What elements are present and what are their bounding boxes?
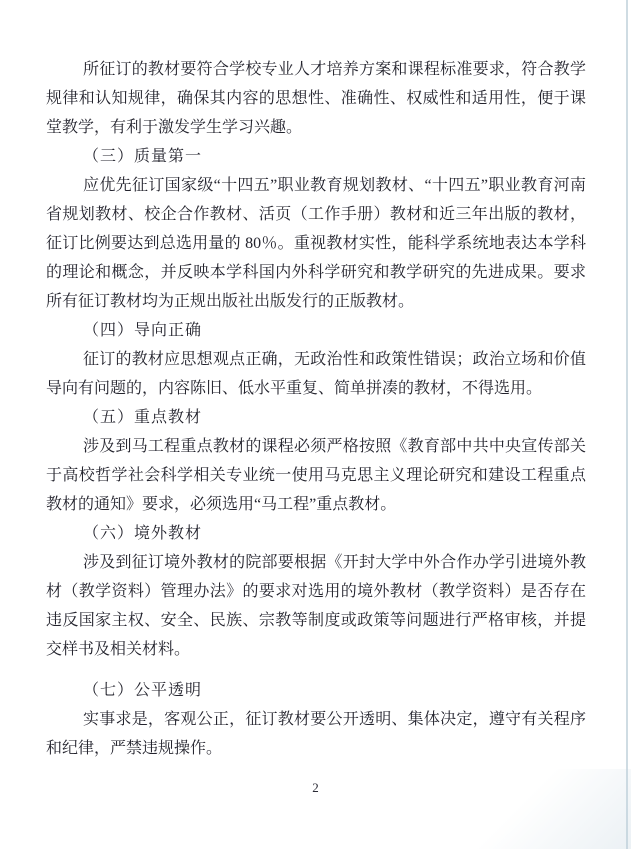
section-heading-overseas: （六）境外教材 xyxy=(46,519,586,548)
paragraph-fairness-body: 实事求是，客观公正，征订教材要公开透明、集体决定，遵守有关程序和纪律，严禁违规操… xyxy=(46,705,586,763)
paragraph-key-textbook-body: 涉及到马工程重点教材的课程必须严格按照《教育部中共中央宣传部关于高校哲学社会科学… xyxy=(46,432,586,519)
paragraph-overseas-body: 涉及到征订境外教材的院部要根据《开封大学中外合作办学引进境外教材（教学资料）管理… xyxy=(46,548,586,664)
paragraph-orientation-body: 征订的教材应思想观点正确，无政治性和政策性错误；政治立场和价值导向有问题的，内容… xyxy=(46,345,586,403)
section-heading-orientation: （四）导向正确 xyxy=(46,316,586,345)
document-page: 所征订的教材要符合学校专业人才培养方案和课程标准要求，符合教学规律和认知规律，确… xyxy=(0,0,631,849)
section-heading-quality: （三）质量第一 xyxy=(46,142,586,171)
document-body: 所征订的教材要符合学校专业人才培养方案和课程标准要求，符合教学规律和认知规律，确… xyxy=(46,55,586,763)
paragraph-quality-body: 应优先征订国家级“十四五”职业教育规划教材、“十四五”职业教育河南省规划教材、校… xyxy=(46,171,586,316)
page-number: 2 xyxy=(0,780,631,796)
section-heading-key-textbook: （五）重点教材 xyxy=(46,403,586,432)
paragraph-quality-intro: 所征订的教材要符合学校专业人才培养方案和课程标准要求，符合教学规律和认知规律，确… xyxy=(46,55,586,142)
scan-edge-artifact xyxy=(626,0,628,849)
section-heading-fairness: （七）公平透明 xyxy=(46,676,586,705)
